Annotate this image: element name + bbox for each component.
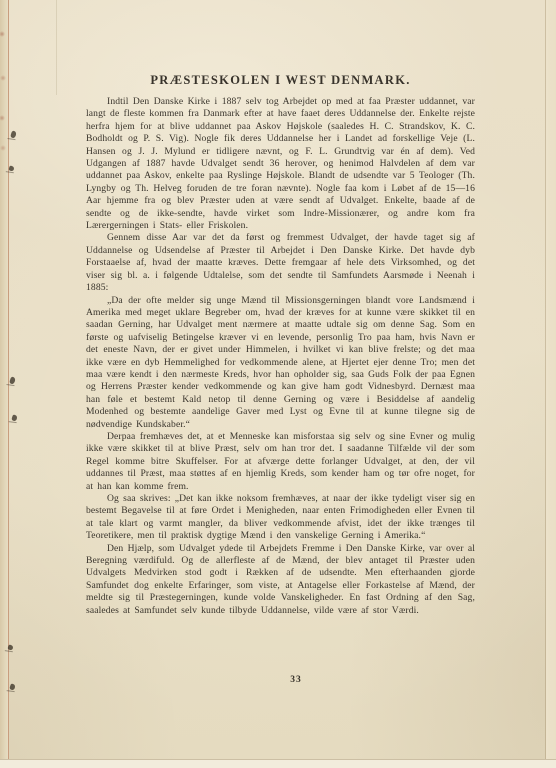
text-block: PRÆSTESKOLEN I WEST DENMARK. Indtil Den … [86,73,475,617]
paragraph: Derpaa fremhæves det, at et Menneske kan… [86,431,475,493]
paragraph-quote: „Da der ofte melder sig unge Mænd til Mi… [86,295,475,431]
margin-ink-mark [11,414,18,421]
scan-bottom-edge [0,759,556,768]
paragraph: Den Hjælp, som Udvalget ydede til Arbejd… [86,543,475,617]
page-right-edge [546,0,556,768]
page-title: PRÆSTESKOLEN I WEST DENMARK. [86,73,475,88]
paper-crease [56,0,57,95]
paragraph: Gennem disse Aar var det da først og fre… [86,232,475,294]
body-text: Indtil Den Danske Kirke i 1887 selv tog … [86,96,475,617]
margin-ink-mark [9,683,16,690]
margin-ink-mark [7,644,13,650]
margin-ink-mark [10,130,17,138]
margin-ink-mark [8,165,14,171]
paragraph-quote: Og saa skrives: „Det kan ikke noksom fre… [86,493,475,543]
scanned-book-page: PRÆSTESKOLEN I WEST DENMARK. Indtil Den … [0,0,556,768]
page-right-edge-line [545,0,546,768]
paragraph: Indtil Den Danske Kirke i 1887 selv tog … [86,96,475,232]
margin-ink-mark [9,376,16,384]
page-number: 33 [86,675,506,685]
binding-speckles [0,0,6,160]
